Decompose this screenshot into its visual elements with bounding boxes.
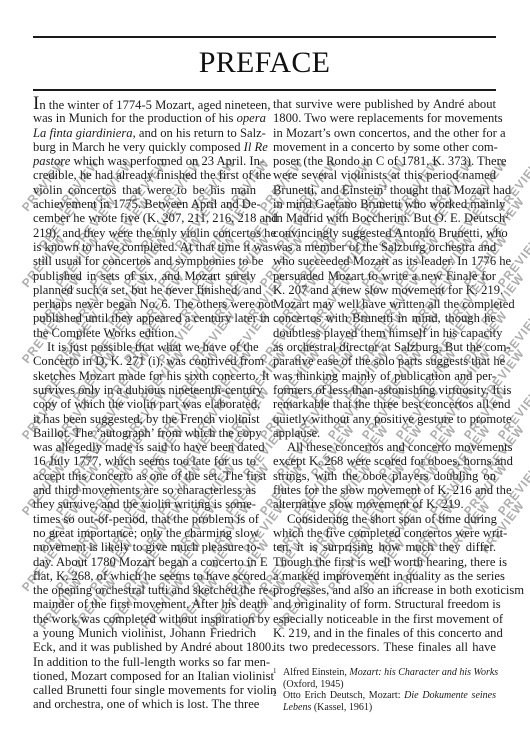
text-segment: which was performed on 23 April. In- <box>70 154 264 168</box>
text-segment: ten, it is surprising how much they diff… <box>273 540 496 554</box>
text-line: in Mozart’s own concertos, and the other… <box>273 126 496 140</box>
text-segment: tioned, Mozart composed for an Italian v… <box>33 669 274 683</box>
text-segment: (Kassel, 1961) <box>311 702 372 713</box>
text-segment: mainder of the first movement. After his… <box>33 597 267 611</box>
text-segment: day. About 1780 Mozart began a concerto … <box>33 555 268 569</box>
text-line: Considering the short span of time durin… <box>273 512 496 526</box>
text-line: was a member of the Salzburg orchestra a… <box>273 240 496 254</box>
text-line: copy of which the violin part was elabor… <box>33 397 256 411</box>
text-line: was allegedly made is said to have been … <box>33 440 256 454</box>
text-segment: they survive, and the violin writing is … <box>33 497 256 511</box>
italic-text: Die Dokumente seines <box>404 690 496 701</box>
italic-text: Mozart: his Character and his Works <box>349 667 498 678</box>
text-line: called Brunetti four single movements fo… <box>33 683 256 697</box>
text-line: who succeeded Mozart as its leader. In 1… <box>273 254 496 268</box>
text-segment: progresses, and also an increase in both… <box>273 583 524 597</box>
text-segment: (Oxford, 1945) <box>283 679 344 690</box>
text-segment: was a member of the Salzburg orchestra a… <box>273 240 496 254</box>
text-line: strings, with the oboe players doubling … <box>273 469 496 483</box>
text-segment: who succeeded Mozart as its leader. In 1… <box>273 254 511 268</box>
text-segment: and orchestra, one of which is lost. The… <box>33 697 259 711</box>
text-line: La finta giardiniera, and on his return … <box>33 126 256 140</box>
footnote-line: Otto Erich Deutsch, Mozart: Die Dokument… <box>283 690 496 702</box>
text-line: mainder of the first movement. After his… <box>33 597 256 611</box>
text-segment: in Mozart’s own concertos, and the other… <box>273 126 506 140</box>
text-segment: credible, he had already finished the fi… <box>33 168 271 182</box>
text-segment: formers of less-than-astonishing virtuos… <box>273 383 511 397</box>
italic-text: opera <box>237 111 266 125</box>
text-line: achievement in 1775. Between April and D… <box>33 197 256 211</box>
text-segment: Considering the short span of time durin… <box>287 512 497 526</box>
text-segment: 1800. Two were replacements for movement… <box>273 111 503 125</box>
text-line: they survive, and the violin writing is … <box>33 497 256 511</box>
footnote-mark: 1 <box>273 667 277 675</box>
text-segment: poser (the Rondo in C of 1781, K. 373). … <box>273 154 506 168</box>
text-segment: the work was completed without inspirati… <box>33 612 270 626</box>
text-line: it has been suggested, by the French vio… <box>33 412 256 426</box>
text-line: violin concertos that were to be his mai… <box>33 183 256 197</box>
text-line: Concerto in D, K. 271 (i), was contrived… <box>33 354 256 368</box>
text-segment: no great importance; only the charming s… <box>33 526 259 540</box>
italic-text: La finta giardiniera <box>33 126 133 140</box>
text-line: pastore which was performed on 23 April.… <box>33 154 256 168</box>
text-line: published until they appeared a century … <box>33 311 256 325</box>
text-segment: Mozart may well have written all the com… <box>273 297 515 311</box>
text-line: K. 207 and a new slow movement for K. 21… <box>273 283 496 297</box>
text-segment: achievement in 1775. Between April and D… <box>33 197 261 211</box>
text-segment: its two predecessors. These finales all … <box>273 640 496 654</box>
text-segment: alternative slow movement of K. 219. <box>273 497 464 511</box>
text-segment: that survive were published by André abo… <box>273 97 496 111</box>
text-segment: remarkable that the three best concertos… <box>273 397 510 411</box>
text-line: and orchestra, one of which is lost. The… <box>33 697 256 711</box>
text-line: was in Munich for the production of his … <box>33 111 256 125</box>
text-line: the opening orchestral tutti and sketche… <box>33 583 256 597</box>
right-text-column: that survive were published by André abo… <box>273 97 496 655</box>
text-line: 16 July 1777, which seems too late for u… <box>33 454 256 468</box>
text-line: is known to have completed. At that time… <box>33 240 256 254</box>
text-segment: 219), and they were the only violin conc… <box>33 226 276 240</box>
document-page: PREFACE In the winter of 1774-5 Mozart, … <box>0 0 530 750</box>
text-segment: doubtless played them himself in his cap… <box>273 326 502 340</box>
text-line: convincingly suggested Antonio Brunetti,… <box>273 226 496 240</box>
text-line: accept this concerto as one of the set. … <box>33 469 256 483</box>
text-segment: and originality of form. Structural free… <box>273 597 501 611</box>
text-segment: as orchestral director at Salzburg. But … <box>273 340 511 354</box>
text-segment: It is just possible that what we have of… <box>47 340 259 354</box>
text-segment: accept this concerto as one of the set. … <box>33 469 266 483</box>
text-segment: n the winter of 1774-5 Mozart, aged nine… <box>39 98 270 112</box>
text-line: Mozart may well have written all the com… <box>273 297 496 311</box>
text-segment: is known to have completed. At that time… <box>33 240 273 254</box>
text-line: tioned, Mozart composed for an Italian v… <box>33 669 256 683</box>
text-line: 1800. Two were replacements for movement… <box>273 111 496 125</box>
text-segment: especially noticeable in the first movem… <box>273 612 503 626</box>
text-line: In the winter of 1774-5 Mozart, aged nin… <box>33 97 256 111</box>
text-line: a young Munich violinist, Johann Friedri… <box>33 626 256 640</box>
text-segment: concertos with Brunetti in mind, though … <box>273 311 496 325</box>
italic-text: pastore <box>33 154 70 168</box>
text-segment: which the five completed concertos were … <box>273 526 507 540</box>
top-rule <box>33 36 496 38</box>
text-segment: Concerto in D, K. 271 (i), was contrived… <box>33 354 264 368</box>
text-line: Baillot. The ‘autograph’ from which the … <box>33 426 256 440</box>
text-line: cember he wrote five (K. 207, 211, 216, … <box>33 211 256 225</box>
text-segment: times so out-of-period, that the problem… <box>33 512 259 526</box>
text-segment: In addition to the full-length works so … <box>33 655 270 669</box>
text-segment: survives only in a dubious nineteenth-ce… <box>33 383 263 397</box>
text-segment: movement is likely to give much pleasure… <box>33 540 261 554</box>
text-line: planned such a set, but he never finishe… <box>33 283 256 297</box>
footnote-reference: 2 <box>505 212 509 220</box>
text-line: in Madrid with Boccherini. But O. E. Deu… <box>273 211 496 225</box>
text-line: no great importance; only the charming s… <box>33 526 256 540</box>
text-line: a marked improvement in quality as the s… <box>273 569 496 583</box>
text-segment: 16 July 1777, which seems too late for u… <box>33 454 256 468</box>
text-segment: Baillot. The ‘autograph’ from which the … <box>33 426 262 440</box>
text-line: was thinking mainly of publication and p… <box>273 369 496 383</box>
text-line: still usual for concertos and symphonies… <box>33 254 256 268</box>
text-line: All these concertos and concerto movemen… <box>273 440 496 454</box>
text-line: formers of less-than-astonishing virtuos… <box>273 383 496 397</box>
text-line: poser (the Rondo in C of 1781, K. 373). … <box>273 154 496 168</box>
text-line: doubtless played them himself in his cap… <box>273 326 496 340</box>
text-line: that survive were published by André abo… <box>273 97 496 111</box>
text-line: day. About 1780 Mozart began a concerto … <box>33 555 256 569</box>
left-text-column: In the winter of 1774-5 Mozart, aged nin… <box>33 97 256 712</box>
text-segment: Brunetti, and Einstein <box>273 183 383 197</box>
footnote-line: Alfred Einstein, Mozart: his Character a… <box>283 667 496 679</box>
text-line: It is just possible that what we have of… <box>33 340 256 354</box>
text-segment: applause. <box>273 426 320 440</box>
text-line: Brunetti, and Einstein1 thought that Moz… <box>273 183 496 197</box>
text-segment: still usual for concertos and symphonies… <box>33 254 264 268</box>
text-line: the Complete Works edition. <box>33 326 256 340</box>
text-line: 219), and they were the only violin conc… <box>33 226 256 240</box>
text-segment: cember he wrote five (K. 207, 211, 216, … <box>33 211 278 225</box>
text-line: except K. 268 were scored for oboes, hor… <box>273 454 496 468</box>
footnote-line: Lebens (Kassel, 1961) <box>283 702 496 714</box>
text-segment: was thinking mainly of publication and p… <box>273 369 496 383</box>
footnote-line: (Oxford, 1945) <box>283 679 496 691</box>
text-segment: were several violinists at this period n… <box>273 168 496 182</box>
text-line: In addition to the full-length works so … <box>33 655 256 669</box>
text-segment: persuaded Mozart to write a new Finale f… <box>273 269 496 283</box>
italic-text: Lebens <box>283 702 311 713</box>
text-segment: except K. 268 were scored for oboes, hor… <box>273 454 513 468</box>
text-segment: and third movements are so characterless… <box>33 483 256 497</box>
text-segment: K. 219, and in the finales of this conce… <box>273 626 503 640</box>
text-segment: published until they appeared a century … <box>33 311 270 325</box>
text-segment: planned such a set, but he never finishe… <box>33 283 262 297</box>
text-line: burg in March he very quickly composed I… <box>33 140 256 154</box>
text-line: alternative slow movement of K. 219. <box>273 497 496 511</box>
text-line: quietly without any positive gesture to … <box>273 412 496 426</box>
text-line: progresses, and also an increase in both… <box>273 583 496 597</box>
text-line: concertos with Brunetti in mind, though … <box>273 311 496 325</box>
text-line: were several violinists at this period n… <box>273 168 496 182</box>
text-line: remarkable that the three best concertos… <box>273 397 496 411</box>
text-segment: a young Munich violinist, Johann Friedri… <box>33 626 256 640</box>
text-segment: convincingly suggested Antonio Brunetti,… <box>273 226 508 240</box>
text-line: its two predecessors. These finales all … <box>273 640 496 654</box>
text-line: sketches Mozart made for his sixth conce… <box>33 369 256 383</box>
text-segment: strings, with the oboe players doubling … <box>273 469 496 483</box>
text-segment: flutes for the slow movement of K. 216 a… <box>273 483 512 497</box>
text-segment: , and on his return to Salz- <box>133 126 266 140</box>
text-line: and third movements are so characterless… <box>33 483 256 497</box>
text-line: in mind Gaetano Brunetti who worked main… <box>273 197 496 211</box>
text-segment: perhaps never began No. 6. The others we… <box>33 297 274 311</box>
text-segment: Alfred Einstein, <box>283 667 349 678</box>
text-segment: All these concertos and concerto movemen… <box>287 440 513 454</box>
text-line: survives only in a dubious nineteenth-ce… <box>33 383 256 397</box>
text-segment: parative ease of the solo parts suggests… <box>273 354 505 368</box>
text-line: applause. <box>273 426 496 440</box>
page-title: PREFACE <box>33 45 496 81</box>
text-line: especially noticeable in the first movem… <box>273 612 496 626</box>
footnote-mark: 2 <box>273 690 277 698</box>
text-line: movement in a concerto by some other com… <box>273 140 496 154</box>
text-line: movement is likely to give much pleasure… <box>33 540 256 554</box>
text-segment: it has been suggested, by the French vio… <box>33 412 260 426</box>
text-line: Though the first is well worth hearing, … <box>273 555 496 569</box>
text-segment: Though the first is well worth hearing, … <box>273 555 507 569</box>
text-line: flat, K. 268, of which he seems to have … <box>33 569 256 583</box>
text-segment: in mind Gaetano Brunetti who worked main… <box>273 197 505 211</box>
italic-text: Il Re <box>244 140 268 154</box>
text-line: times so out-of-period, that the problem… <box>33 512 256 526</box>
footnote-1: 1Alfred Einstein, Mozart: his Character … <box>273 667 496 690</box>
text-segment: K. 207 and a new slow movement for K. 21… <box>273 283 503 297</box>
text-segment: quietly without any positive gesture to … <box>273 412 512 426</box>
text-segment: movement in a concerto by some other com… <box>273 140 498 154</box>
text-line: the work was completed without inspirati… <box>33 612 256 626</box>
text-segment: in Madrid with Boccherini. But O. E. Deu… <box>273 211 505 225</box>
text-line: flutes for the slow movement of K. 216 a… <box>273 483 496 497</box>
text-segment: a marked improvement in quality as the s… <box>273 569 505 583</box>
text-segment: flat, K. 268, of which he seems to have … <box>33 569 266 583</box>
text-segment: thought that Mozart had <box>387 183 512 197</box>
text-line: Eck, and it was published by André about… <box>33 640 256 654</box>
text-segment: called Brunetti four single movements fo… <box>33 683 276 697</box>
footnote-2: 2Otto Erich Deutsch, Mozart: Die Dokumen… <box>273 690 496 713</box>
text-segment: burg in March he very quickly composed <box>33 140 244 154</box>
text-segment: Otto Erich Deutsch, Mozart: <box>283 690 404 701</box>
text-segment: copy of which the violin part was elabor… <box>33 397 260 411</box>
text-segment: published in sets of six, and Mozart sur… <box>33 269 256 283</box>
text-segment: was in Munich for the production of his <box>33 111 237 125</box>
text-line: perhaps never began No. 6. The others we… <box>33 297 256 311</box>
text-line: parative ease of the solo parts suggests… <box>273 354 496 368</box>
text-line: ten, it is surprising how much they diff… <box>273 540 496 554</box>
text-segment: Eck, and it was published by André about… <box>33 640 274 654</box>
text-segment: violin concertos that were to be his mai… <box>33 183 256 197</box>
text-segment: was allegedly made is said to have been … <box>33 440 265 454</box>
text-line: persuaded Mozart to write a new Finale f… <box>273 269 496 283</box>
text-line: as orchestral director at Salzburg. But … <box>273 340 496 354</box>
text-line: K. 219, and in the finales of this conce… <box>273 626 496 640</box>
text-segment: the Complete Works edition. <box>33 326 177 340</box>
bottom-rule <box>33 89 496 91</box>
text-segment: sketches Mozart made for his sixth conce… <box>33 369 269 383</box>
text-line: which the five completed concertos were … <box>273 526 496 540</box>
text-line: credible, he had already finished the fi… <box>33 168 256 182</box>
text-segment: the opening orchestral tutti and sketche… <box>33 583 273 597</box>
text-line: and originality of form. Structural free… <box>273 597 496 611</box>
text-line: published in sets of six, and Mozart sur… <box>33 269 256 283</box>
